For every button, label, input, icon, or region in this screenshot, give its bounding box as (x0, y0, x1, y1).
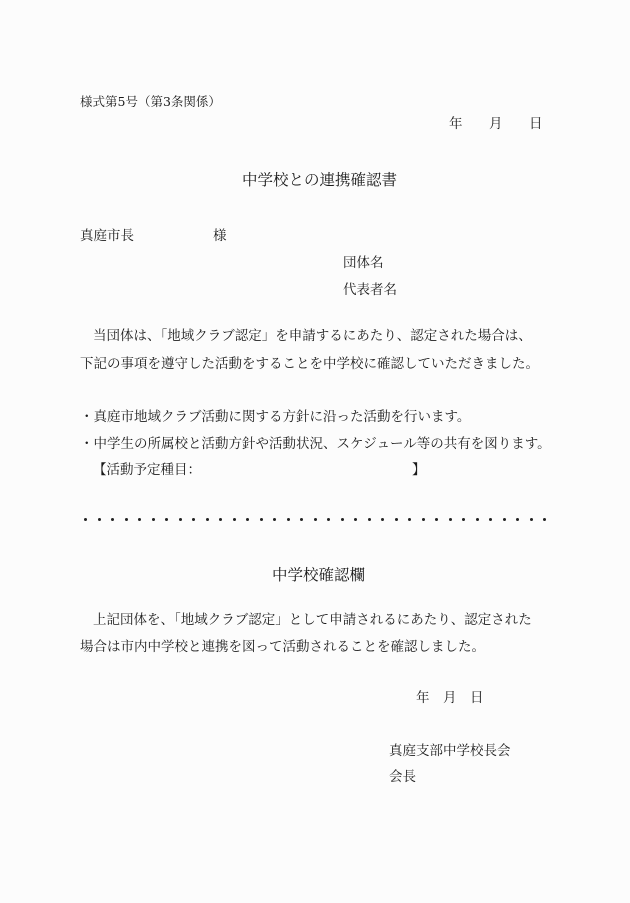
separator-dot (192, 518, 195, 521)
separator-dot (341, 518, 344, 521)
item-2: ・中学生の所属校と活動方針や活動状況、スケジュール等の共有を図ります。 (80, 436, 551, 452)
separator-dot (422, 518, 425, 521)
representative-label: 代表者名 (343, 282, 397, 298)
group-name-label: 団体名 (343, 255, 384, 271)
statement-line-2: 下記の事項を遵守した活動をすることを中学校に確認していただきました。 (80, 356, 539, 372)
separator-dot (408, 518, 411, 521)
school-organization: 真庭支部中学校長会 (389, 743, 511, 759)
school-statement-line-2: 場合は市内中学校と連携を図って活動されることを確認しました。 (80, 639, 485, 655)
separator-dot (206, 518, 209, 521)
separator-dot (381, 518, 384, 521)
separator-dot (368, 518, 371, 521)
separator-dot (314, 518, 317, 521)
separator-dot (543, 518, 546, 521)
separator-dot (462, 518, 465, 521)
school-date-month: 月 (443, 690, 457, 706)
school-date-year: 年 (416, 690, 430, 706)
separator-dot (287, 518, 290, 521)
school-date-day: 日 (470, 690, 484, 706)
form-number: 様式第5号（第3条関係） (80, 94, 221, 110)
activity-type-open: 【活動予定種目： (93, 462, 201, 478)
separator-dot (246, 518, 249, 521)
statement-line-1: 当団体は、「地域クラブ認定」を申請するにあたり、認定された場合は、 (93, 328, 532, 344)
separator-dot (395, 518, 398, 521)
date-month-label: 月 (489, 116, 503, 132)
separator-dot (516, 518, 519, 521)
separator-dot (111, 518, 114, 521)
school-statement-line-1: 上記団体を、「地域クラブ認定」として申請されるにあたり、認定された (93, 612, 532, 628)
separator-dot (530, 518, 533, 521)
item-1: ・真庭市地域クラブ活動に関する方針に沿った活動を行います。 (80, 409, 470, 425)
addressee-name: 真庭市長 (80, 228, 134, 244)
separator-dot (489, 518, 492, 521)
separator-dot (449, 518, 452, 521)
date-year-label: 年 (449, 116, 463, 132)
school-section-title: 中学校確認欄 (272, 566, 365, 584)
separator-dot (152, 518, 155, 521)
separator-dot (476, 518, 479, 521)
date-day-label: 日 (529, 116, 543, 132)
separator-dot (273, 518, 276, 521)
addressee-honorific: 様 (213, 228, 227, 244)
separator-dot (435, 518, 438, 521)
document-title: 中学校との連携確認書 (242, 171, 397, 189)
separator-dot (84, 518, 87, 521)
separator-dot (179, 518, 182, 521)
cut-line-separator (80, 514, 550, 524)
separator-dot (165, 518, 168, 521)
separator-dot (98, 518, 101, 521)
activity-type-close: 】 (412, 462, 426, 478)
separator-dot (300, 518, 303, 521)
school-organization-position: 会長 (389, 769, 416, 785)
separator-dot (233, 518, 236, 521)
separator-dot (327, 518, 330, 521)
separator-dot (125, 518, 128, 521)
separator-dot (260, 518, 263, 521)
separator-dot (503, 518, 506, 521)
separator-dot (354, 518, 357, 521)
separator-dot (138, 518, 141, 521)
separator-dot (219, 518, 222, 521)
